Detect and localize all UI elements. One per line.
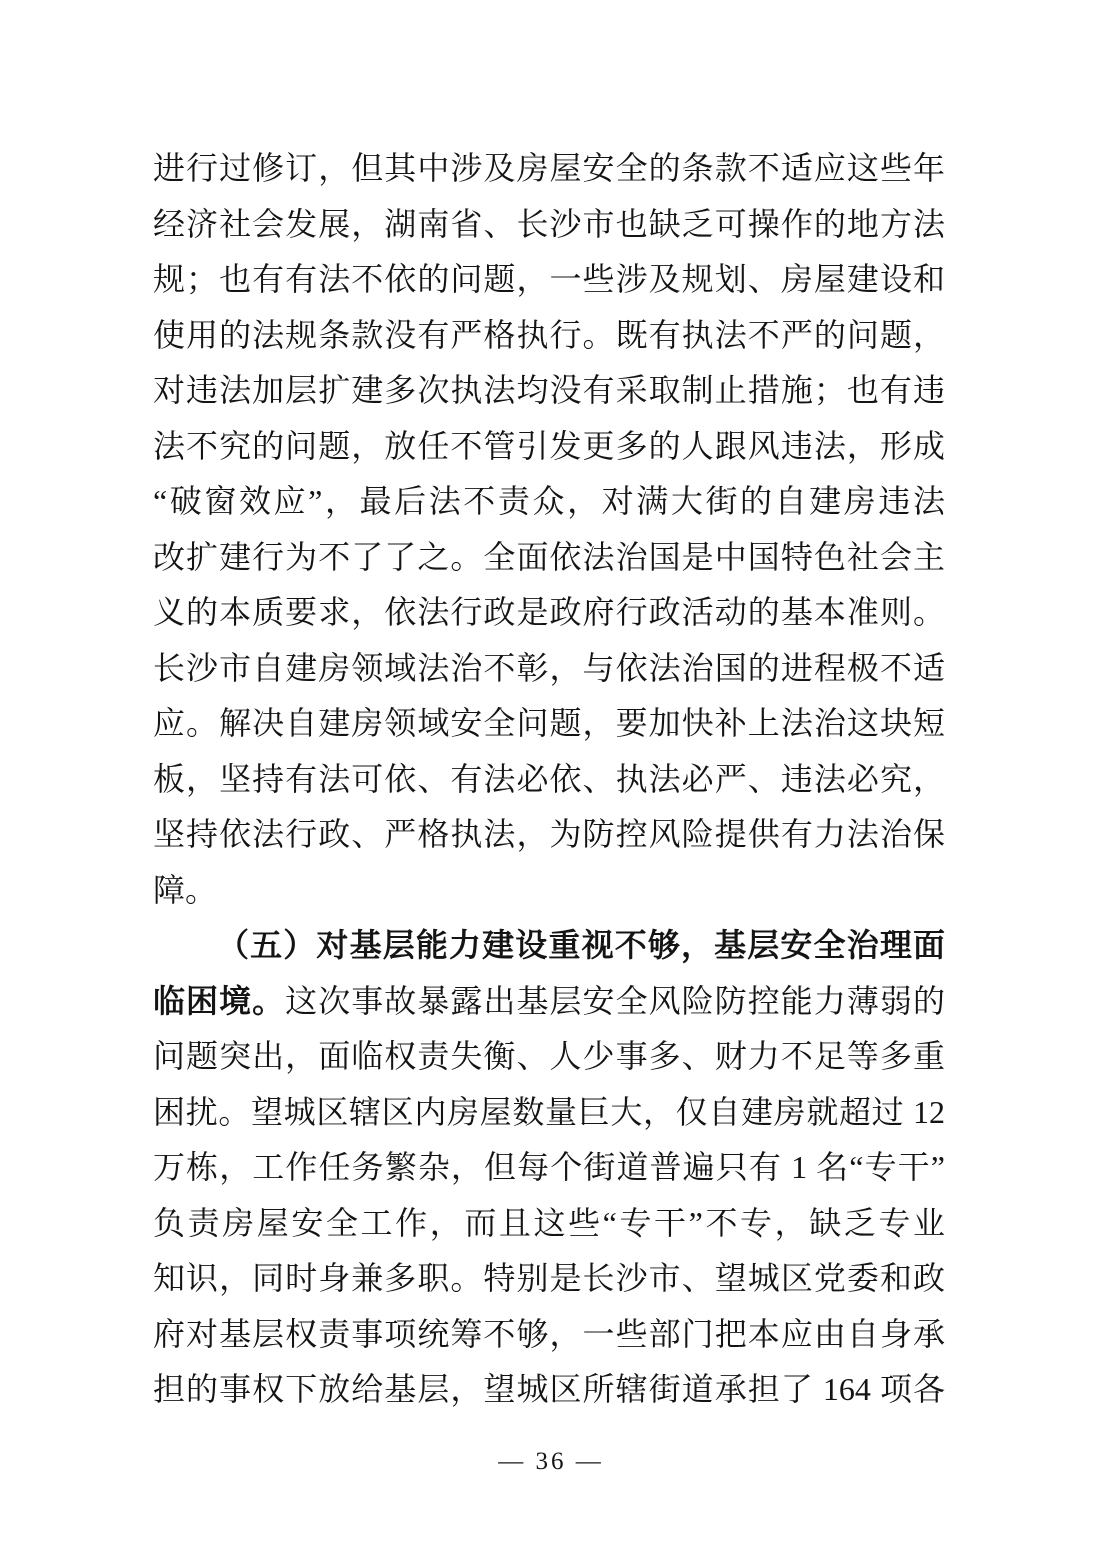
document-body: 进行过修订，但其中涉及房屋安全的条款不适应这些年经济社会发展，湖南省、长沙市也缺…: [153, 141, 945, 1418]
text-line: 规；也有有法不依的问题，一些涉及规划、房屋建设和: [153, 252, 945, 308]
body-text: 知识，同时身兼多职。特别是长沙市、望城区党委和政: [153, 1260, 945, 1296]
text-line: 板，坚持有法可依、有法必依、执法必严、违法必究，: [153, 752, 945, 808]
text-line: 担的事权下放给基层，望城区所辖街道承担了 164 项各: [153, 1362, 945, 1418]
text-line: 知识，同时身兼多职。特别是长沙市、望城区党委和政: [153, 1251, 945, 1307]
body-text: 改扩建行为不了了之。全面依法治国是中国特色社会主: [153, 539, 945, 575]
body-text: 问题突出，面临权责失衡、人少事多、财力不足等多重: [153, 1038, 945, 1074]
body-text: 使用的法规条款没有严格执行。既有执法不严的问题，: [153, 317, 945, 353]
body-text: 府对基层权责事项统筹不够，一些部门把本应由自身承: [153, 1316, 945, 1352]
page-number: — 36 —: [498, 1448, 604, 1475]
text-line: 负责房屋安全工作，而且这些“专干”不专，缺乏专业: [153, 1196, 945, 1252]
text-line: 使用的法规条款没有严格执行。既有执法不严的问题，: [153, 308, 945, 364]
text-line: 障。: [153, 863, 945, 919]
text-line: （五）对基层能力建设重视不够，基层安全治理面: [153, 918, 945, 974]
body-text: 板，坚持有法可依、有法必依、执法必严、违法必究，: [153, 761, 945, 797]
body-text: 坚持依法行政、严格执法，为防控风险提供有力法治保: [153, 816, 945, 852]
body-text: 长沙市自建房领域法治不彰，与依法治国的进程极不适: [153, 650, 945, 686]
text-line: 困扰。望城区辖区内房屋数量巨大，仅自建房就超过 12: [153, 1085, 945, 1141]
document-page: 进行过修订，但其中涉及房屋安全的条款不适应这些年经济社会发展，湖南省、长沙市也缺…: [0, 0, 1102, 1559]
body-text: “破窗效应”，最后法不责众，对满大街的自建房违法: [153, 483, 945, 519]
text-line: 府对基层权责事项统筹不够，一些部门把本应由自身承: [153, 1307, 945, 1363]
text-line: 坚持依法行政、严格执法，为防控风险提供有力法治保: [153, 807, 945, 863]
text-line: 进行过修订，但其中涉及房屋安全的条款不适应这些年: [153, 141, 945, 197]
body-text: 规；也有有法不依的问题，一些涉及规划、房屋建设和: [153, 261, 945, 297]
body-text: 进行过修订，但其中涉及房屋安全的条款不适应这些年: [153, 150, 945, 186]
section-heading-text: 临困境。: [153, 983, 285, 1019]
body-text: 对违法加层扩建多次执法均没有采取制止措施；也有违: [153, 372, 945, 408]
text-line: 经济社会发展，湖南省、长沙市也缺乏可操作的地方法: [153, 197, 945, 253]
body-text: 担的事权下放给基层，望城区所辖街道承担了 164 项各: [153, 1371, 945, 1407]
text-line: 问题突出，面临权责失衡、人少事多、财力不足等多重: [153, 1029, 945, 1085]
text-line: 应。解决自建房领域安全问题，要加快补上法治这块短: [153, 696, 945, 752]
text-line: 长沙市自建房领域法治不彰，与依法治国的进程极不适: [153, 641, 945, 697]
text-line: 义的本质要求，依法行政是政府行政活动的基本准则。: [153, 585, 945, 641]
page-footer: — 36 —: [0, 1444, 1102, 1480]
body-text: 困扰。望城区辖区内房屋数量巨大，仅自建房就超过 12: [153, 1094, 945, 1130]
body-text: 应。解决自建房领域安全问题，要加快补上法治这块短: [153, 705, 945, 741]
body-text: 负责房屋安全工作，而且这些“专干”不专，缺乏专业: [153, 1205, 945, 1241]
body-text: 这次事故暴露出基层安全风险防控能力薄弱的: [285, 983, 945, 1019]
text-line: 对违法加层扩建多次执法均没有采取制止措施；也有违: [153, 363, 945, 419]
text-line: 法不究的问题，放任不管引发更多的人跟风违法，形成: [153, 419, 945, 475]
body-text: 障。: [153, 872, 217, 908]
body-text: 经济社会发展，湖南省、长沙市也缺乏可操作的地方法: [153, 206, 945, 242]
section-heading-text: （五）对基层能力建设重视不够，基层安全治理面: [217, 927, 945, 963]
text-line: 临困境。这次事故暴露出基层安全风险防控能力薄弱的: [153, 974, 945, 1030]
body-text: 法不究的问题，放任不管引发更多的人跟风违法，形成: [153, 428, 945, 464]
body-text: 义的本质要求，依法行政是政府行政活动的基本准则。: [153, 594, 945, 630]
text-line: 改扩建行为不了了之。全面依法治国是中国特色社会主: [153, 530, 945, 586]
text-line: “破窗效应”，最后法不责众，对满大街的自建房违法: [153, 474, 945, 530]
text-line: 万栋，工作任务繁杂，但每个街道普遍只有 1 名“专干”: [153, 1140, 945, 1196]
body-text: 万栋，工作任务繁杂，但每个街道普遍只有 1 名“专干”: [153, 1149, 945, 1185]
